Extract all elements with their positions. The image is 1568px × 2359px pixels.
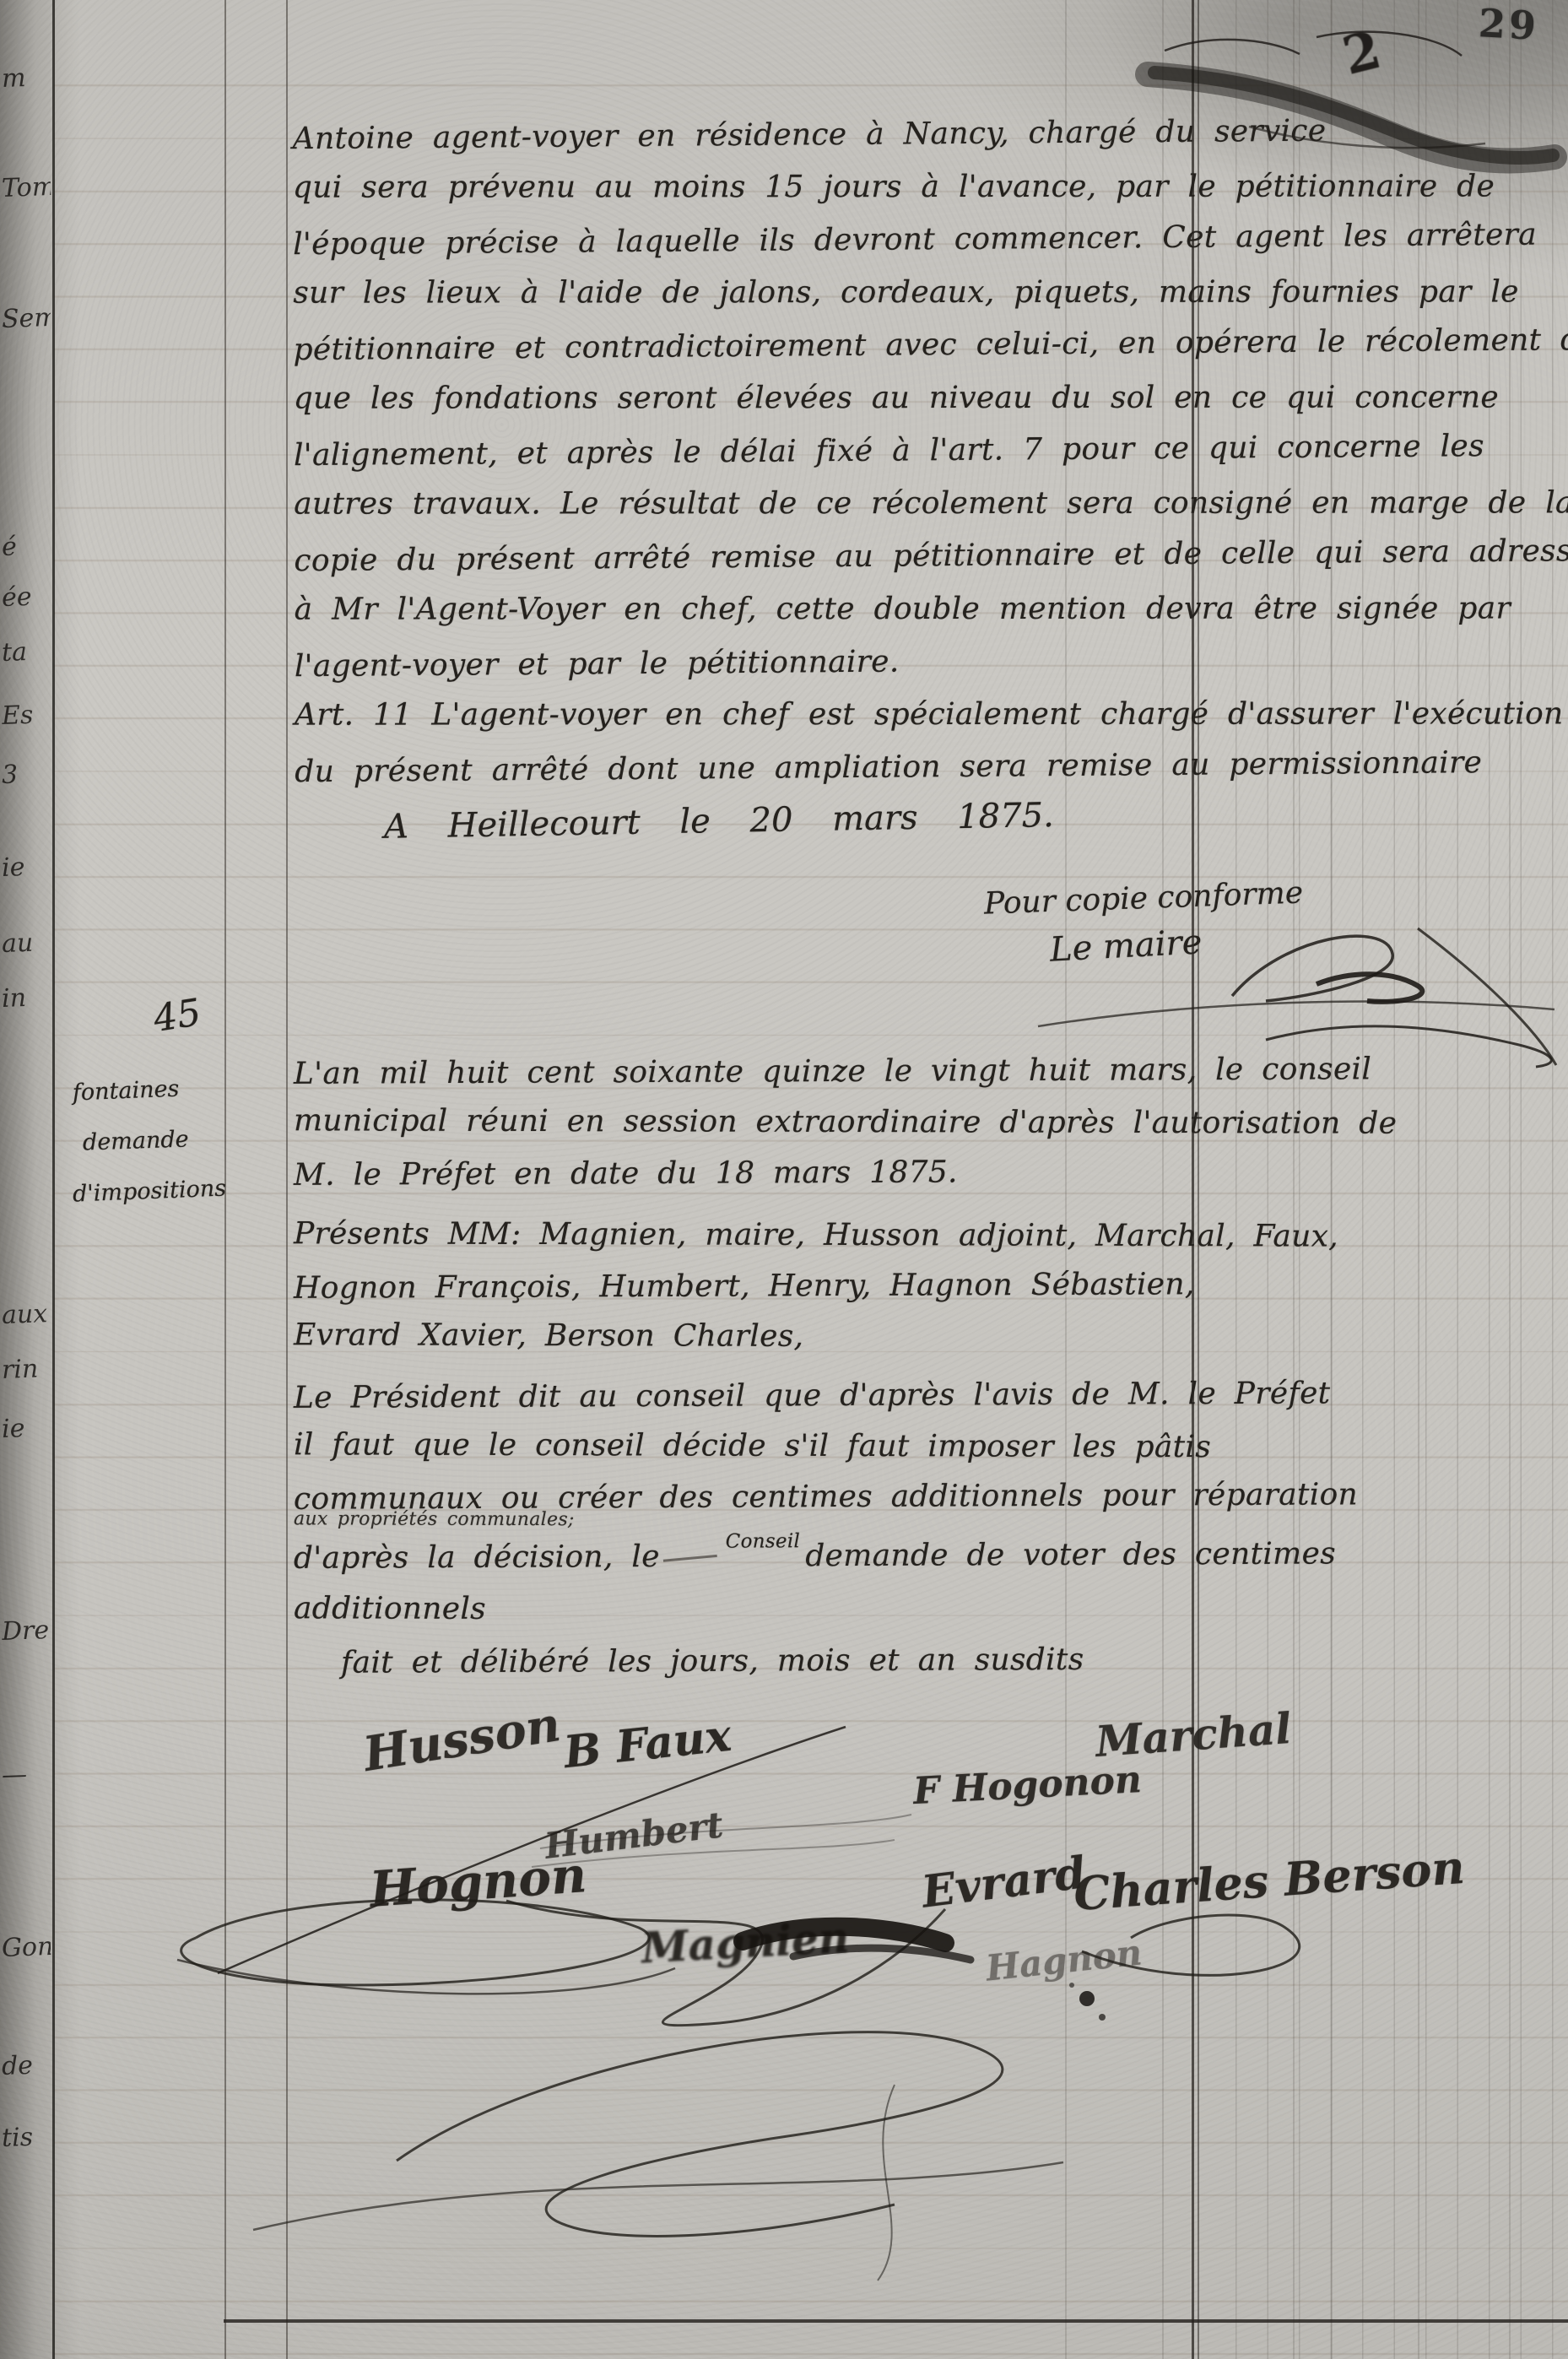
margin-rule-right	[286, 0, 288, 2359]
text-line: il faut que le conseil décide s'il faut …	[294, 1420, 1397, 1473]
margin-item-number: 45	[150, 991, 203, 1041]
bottom-rule	[224, 2319, 1568, 2323]
page-number: 29	[1478, 0, 1541, 49]
edge-ink-fragment: tis	[1, 2122, 51, 2153]
text-line: qui sera prévenu au moins 15 jours à l'a…	[293, 160, 1568, 214]
edge-ink-fragment: —	[1, 1759, 51, 1790]
text-line: M. le Préfet en date du 18 mars 1875.	[294, 1145, 1398, 1201]
edge-ink-fragment: ta	[1, 636, 51, 668]
signature: Magnien	[641, 1913, 851, 1973]
margin-note-line: fontaines	[72, 1063, 224, 1119]
text-line: l'époque précise à laquelle ils devront …	[293, 208, 1568, 272]
signature: Marchal	[1094, 1703, 1293, 1767]
signature: B Faux	[561, 1710, 733, 1778]
text-line: additionnels	[294, 1583, 1397, 1637]
text-line: Hognon François, Humbert, Henry, Hagnon …	[294, 1258, 1398, 1314]
text-line: municipal réuni en session extraordinair…	[294, 1096, 1397, 1149]
stamp-number: 2	[1337, 19, 1387, 87]
text-line: Antoine agent-voyer en résidence à Nancy…	[292, 103, 1568, 166]
edge-ink-fragment: ie	[1, 852, 51, 883]
edge-ink-fragment: Dre	[1, 1615, 51, 1647]
arrete-paragraph: Antoine agent-voyer en résidence à Nancy…	[293, 106, 1568, 796]
signature: Charles Berson	[1072, 1840, 1466, 1921]
signature: Hagnon	[984, 1931, 1144, 1988]
text-line: Présents MM: Magnien, maire, Husson adjo…	[294, 1209, 1397, 1262]
scratched-word	[662, 1545, 717, 1562]
text-line-with-insertion: d'après la décision, leConseildemande de…	[294, 1528, 1398, 1588]
text-line: Evrard Xavier, Berson Charles,	[294, 1310, 1397, 1363]
edge-ink-fragment: m	[1, 62, 51, 94]
edge-ink-fragment: rin	[1, 1354, 51, 1385]
edge-ink-fragment: Sem	[1, 303, 51, 334]
margin-note: fontaines demande d'impositions	[72, 1063, 227, 1220]
text-line: que les fondations seront élevées au niv…	[294, 371, 1568, 425]
text-line: pétitionnaire et contradictoirement avec…	[293, 314, 1568, 377]
edge-ink-fragment: 3	[1, 759, 51, 790]
text-line: fait et délibéré les jours, mois et an s…	[341, 1633, 1398, 1688]
text-line: l'agent-voyer et par le pétitionnaire.	[295, 630, 1568, 694]
edge-ink-fragment: Tom	[1, 172, 51, 203]
binding-edge-line	[52, 0, 55, 2359]
dateline: A Heillecourt le 20 mars 1875.	[384, 796, 1054, 847]
deliberation-paragraph: L'an mil huit cent soixante quinze le vi…	[294, 1047, 1397, 1686]
edge-ink-fragment: de	[1, 2050, 51, 2081]
certification-note: Pour copie conforme	[983, 875, 1303, 921]
edge-ink-fragment: ie	[1, 1413, 51, 1444]
text-line: copie du présent arrêté remise au pétiti…	[294, 525, 1568, 588]
maire-label: Le maire	[1049, 922, 1203, 969]
edge-ink-fragment: ée	[1, 582, 51, 613]
text-line: autres travaux. Le résultat de ce récole…	[294, 477, 1568, 531]
text-line: sur les lieux à l'aide de jalons, cordea…	[293, 266, 1568, 320]
text-segment: d'après la décision, le	[294, 1539, 660, 1576]
text-line: L'an mil huit cent soixante quinze le vi…	[294, 1044, 1398, 1100]
signature-flourishes	[0, 1671, 1568, 2313]
edge-ink-fragment: aux	[1, 1299, 51, 1330]
edge-ink-fragment: in	[1, 982, 51, 1014]
inserted-word: Conseil	[726, 1516, 801, 1566]
text-line: l'alignement, et après le délai fixé à l…	[294, 419, 1568, 483]
signature: F Hogonon	[912, 1758, 1143, 1813]
edge-ink-fragment: au	[1, 928, 51, 959]
text-line: du présent arrêté dont une ampliation se…	[295, 736, 1568, 799]
text-line: à Mr l'Agent-Voyer en chef, cette double…	[295, 582, 1568, 636]
text-line: Art. 11 L'agent-voyer en chef est spécia…	[295, 688, 1568, 742]
text-line: Le Président dit au conseil que d'après …	[294, 1368, 1398, 1424]
text-segment: demande de voter des centimes	[805, 1536, 1336, 1573]
edge-ink-fragment: é	[1, 531, 51, 562]
margin-note-line: demande	[82, 1113, 225, 1168]
signature: Hognon	[368, 1846, 588, 1918]
edge-ink-fragment: Gon	[1, 1932, 51, 1963]
register-scan-page: { "page": { "number": "29", "stamp_numbe…	[0, 0, 1568, 2359]
signature: Evrard	[919, 1847, 1089, 1918]
margin-note-line: d'impositions	[72, 1163, 227, 1220]
signature: Husson	[360, 1696, 564, 1783]
edge-ink-fragment: Es	[1, 700, 51, 731]
